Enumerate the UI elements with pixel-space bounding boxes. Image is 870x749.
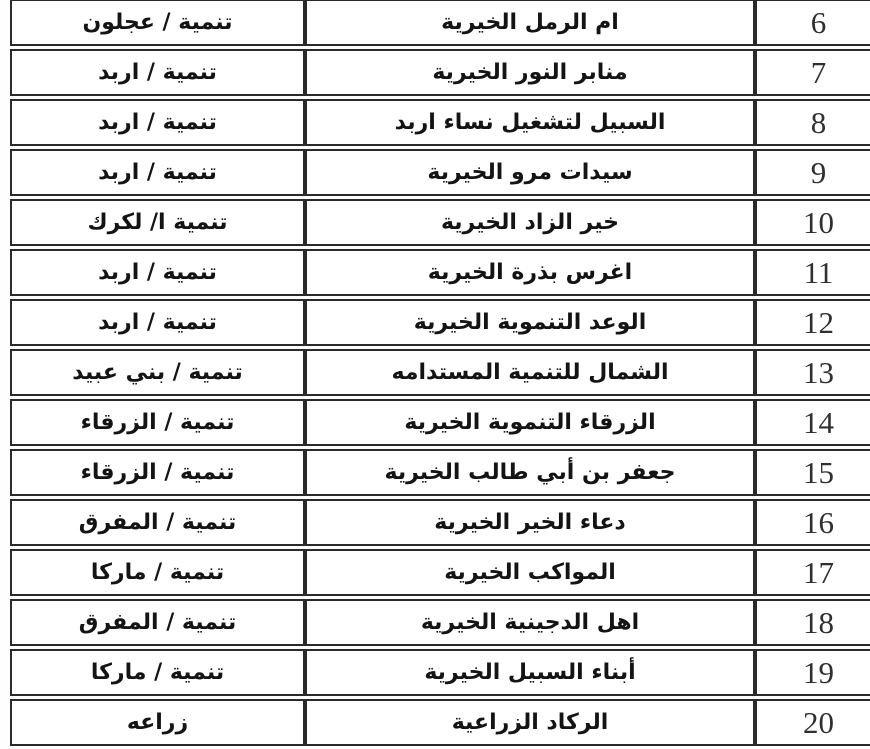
table-row: 8 السبيل لتشغيل نساء اربد تنمية / اربد xyxy=(10,99,870,146)
org-type-cell: تنمية / ماركا xyxy=(10,549,305,596)
table-row: 7 منابر النور الخيرية تنمية / اربد xyxy=(10,49,870,96)
org-name-cell: أبناء السبيل الخيرية xyxy=(305,649,755,696)
row-number-cell: 16 xyxy=(755,499,870,546)
table-row: 12 الوعد التنموية الخيرية تنمية / اربد xyxy=(10,299,870,346)
org-type-cell: تنمية / اربد xyxy=(10,149,305,196)
org-name-cell: خير الزاد الخيرية xyxy=(305,199,755,246)
table-body: 6 ام الرمل الخيرية تنمية / عجلون 7 منابر… xyxy=(10,0,870,746)
org-name-cell: المواكب الخيرية xyxy=(305,549,755,596)
table-row: 9 سيدات مرو الخيرية تنمية / اربد xyxy=(10,149,870,196)
row-number-cell: 19 xyxy=(755,649,870,696)
table-row: 19 أبناء السبيل الخيرية تنمية / ماركا xyxy=(10,649,870,696)
org-name-cell: السبيل لتشغيل نساء اربد xyxy=(305,99,755,146)
table-row: 15 جعفر بن أبي طالب الخيرية تنمية / الزر… xyxy=(10,449,870,496)
org-type-cell: تنمية / اربد xyxy=(10,299,305,346)
org-type-cell: تنمية / ماركا xyxy=(10,649,305,696)
charity-organizations-table: 6 ام الرمل الخيرية تنمية / عجلون 7 منابر… xyxy=(10,0,870,749)
org-type-cell: تنمية / بني عبيد xyxy=(10,349,305,396)
row-number-cell: 11 xyxy=(755,249,870,296)
table-row: 18 اهل الدجينية الخيرية تنمية / المفرق xyxy=(10,599,870,646)
table-row: 16 دعاء الخير الخيرية تنمية / المفرق xyxy=(10,499,870,546)
row-number-cell: 10 xyxy=(755,199,870,246)
row-number-cell: 15 xyxy=(755,449,870,496)
row-number-cell: 17 xyxy=(755,549,870,596)
table-row: 17 المواكب الخيرية تنمية / ماركا xyxy=(10,549,870,596)
org-name-cell: الزرقاء التنموية الخيرية xyxy=(305,399,755,446)
table-row: 20 الركاد الزراعية زراعه xyxy=(10,699,870,746)
row-number-cell: 14 xyxy=(755,399,870,446)
org-name-cell: دعاء الخير الخيرية xyxy=(305,499,755,546)
org-type-cell: تنمية / المفرق xyxy=(10,599,305,646)
org-name-cell: الركاد الزراعية xyxy=(305,699,755,746)
org-name-cell: اغرس بذرة الخيرية xyxy=(305,249,755,296)
row-number-cell: 18 xyxy=(755,599,870,646)
org-type-cell: تنمية ا/ لكرك xyxy=(10,199,305,246)
org-name-cell: الوعد التنموية الخيرية xyxy=(305,299,755,346)
org-type-cell: زراعه xyxy=(10,699,305,746)
table-row: 10 خير الزاد الخيرية تنمية ا/ لكرك xyxy=(10,199,870,246)
org-type-cell: تنمية / اربد xyxy=(10,249,305,296)
org-type-cell: تنمية / اربد xyxy=(10,49,305,96)
row-number-cell: 8 xyxy=(755,99,870,146)
row-number-cell: 9 xyxy=(755,149,870,196)
org-name-cell: منابر النور الخيرية xyxy=(305,49,755,96)
table-row: 14 الزرقاء التنموية الخيرية تنمية / الزر… xyxy=(10,399,870,446)
scanned-document-page: 6 ام الرمل الخيرية تنمية / عجلون 7 منابر… xyxy=(0,0,870,749)
row-number-cell: 12 xyxy=(755,299,870,346)
row-number-cell: 6 xyxy=(755,0,870,46)
org-name-cell: الشمال للتنمية المستدامه xyxy=(305,349,755,396)
row-number-cell: 20 xyxy=(755,699,870,746)
org-type-cell: تنمية / المفرق xyxy=(10,499,305,546)
org-type-cell: تنمية / الزرقاء xyxy=(10,449,305,496)
row-number-cell: 7 xyxy=(755,49,870,96)
table-row: 11 اغرس بذرة الخيرية تنمية / اربد xyxy=(10,249,870,296)
org-type-cell: تنمية / عجلون xyxy=(10,0,305,46)
row-number-cell: 13 xyxy=(755,349,870,396)
org-name-cell: ام الرمل الخيرية xyxy=(305,0,755,46)
org-type-cell: تنمية / اربد xyxy=(10,99,305,146)
org-name-cell: اهل الدجينية الخيرية xyxy=(305,599,755,646)
table-row: 13 الشمال للتنمية المستدامه تنمية / بني … xyxy=(10,349,870,396)
org-type-cell: تنمية / الزرقاء xyxy=(10,399,305,446)
org-name-cell: جعفر بن أبي طالب الخيرية xyxy=(305,449,755,496)
table-row: 6 ام الرمل الخيرية تنمية / عجلون xyxy=(10,0,870,46)
org-name-cell: سيدات مرو الخيرية xyxy=(305,149,755,196)
